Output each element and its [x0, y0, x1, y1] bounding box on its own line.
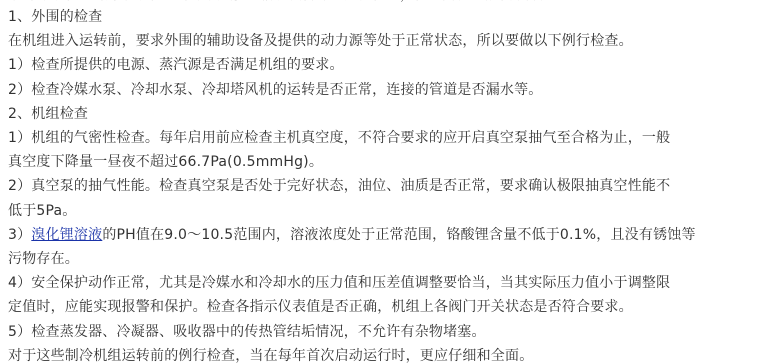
list-item-vacuum-pump-line1: 2）真空泵的抽气性能。检查真空泵是否处于完好状态，油位、油质是否正常，要求确认极… [8, 174, 764, 198]
list-item-lithium-bromide-line2: 污物存在。 [8, 247, 764, 271]
lithium-bromide-solution-link[interactable]: 溴化锂溶液 [31, 227, 102, 243]
list-item-airtightness-line2: 真空度下降量一昼夜不超过66.7Pa(0.5mmHg)。 [8, 150, 764, 174]
list-item-power-steam-check: 1）检查所提供的电源、蒸汽源是否满足机组的要求。 [8, 53, 764, 77]
list-item-vacuum-pump-line2: 低于5Pa。 [8, 199, 764, 223]
closing-paragraph: 对于这些制冷机组运转前的例行检查，当在每年首次启动运行时，更应仔细和全面。 [8, 344, 764, 364]
list-item-safety-protection-line1: 4）安全保护动作正常，尤其是冷媒水和冷却水的压力值和压差值调整要恰当，当其实际压… [8, 271, 764, 295]
list-item-safety-protection-line2: 定值时，应能实现报警和保护。检查各指示仪表值是否正确，机组上各阀门开关状态是否符… [8, 295, 764, 319]
list-item-number: 3） [8, 227, 31, 243]
list-item-text: 的PH值在9.0～10.5范围内，溶液浓度处于正常范围，铬酸锂含量不低于0.1%… [102, 227, 695, 243]
clipped-previous-line: 水冷却系统、冷媒水系统、冷却塔风机、辅助设备等的运行检查，检查内容包括以下方面： [8, 0, 758, 3]
section-heading-unit-check: 2、机组检查 [8, 102, 764, 126]
list-item-airtightness-line1: 1）机组的气密性检查。每年启用前应检查主机真空度，不符合要求的应开启真空泵抽气至… [8, 126, 764, 150]
list-item-lithium-bromide-line1: 3）溴化锂溶液的PH值在9.0～10.5范围内，溶液浓度处于正常范围，铬酸锂含量… [8, 223, 764, 247]
article-body: 1、外围的检查 在机组进入运转前，要求外围的辅助设备及提供的动力源等处于正常状态… [8, 5, 764, 364]
list-item-pumps-fan-check: 2）检查冷媒水泵、冷却水泵、冷却塔风机的运转是否正常，连接的管道是否漏水等。 [8, 78, 764, 102]
paragraph-peripheral-intro: 在机组进入运转前，要求外围的辅助设备及提供的动力源等处于正常状态，所以要做以下例… [8, 29, 764, 53]
list-item-heat-tube-scaling: 5）检查蒸发器、冷凝器、吸收器中的传热管结垢情况，不允许有杂物堵塞。 [8, 320, 764, 344]
section-heading-peripheral-check: 1、外围的检查 [8, 5, 764, 29]
